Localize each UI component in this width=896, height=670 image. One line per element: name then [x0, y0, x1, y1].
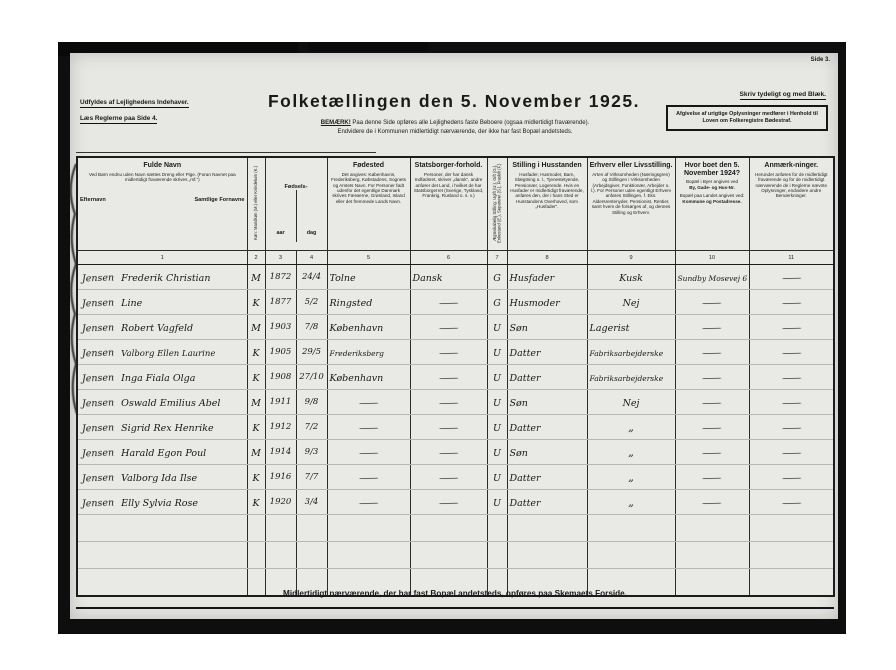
table-row: JensenInga Fiala Olga K 1908 27/10 Køben… [77, 365, 834, 390]
cell-residence1924: — [702, 323, 723, 334]
write-clearly-note: Skriv tydeligt og med Blæk. [740, 91, 826, 100]
cell-remarks: — [781, 373, 802, 384]
cell-sex: K [252, 423, 259, 434]
cell-occupation: Nej [623, 398, 640, 409]
cell-birth-year: 1914 [270, 447, 292, 457]
table-row: JensenRobert Vagfeld M 1903 7/8 Københav… [77, 315, 834, 340]
cell-birth-year: 1920 [270, 497, 292, 507]
column-header-household: Stilling i Husstanden Husfader, Husmoder… [507, 157, 587, 251]
cell-occupation: Fabriksarbejderske [590, 349, 664, 358]
cell-surname: Jensen [82, 472, 115, 484]
cell-marital: U [493, 373, 501, 384]
cell-birth-day: 9/3 [305, 447, 319, 457]
cell-household: Datter [510, 423, 541, 434]
cell-sex: K [252, 498, 259, 509]
cell-sex: K [252, 473, 259, 484]
scan-edge-artifact [308, 42, 428, 51]
cell-birth-year: 1911 [270, 397, 292, 407]
cell-citizenship: — [438, 498, 459, 509]
cell-citizenship: — [438, 448, 459, 459]
rules-reference: Læs Reglerne paa Side 4. [80, 115, 157, 124]
cell-birth-year: 1905 [270, 347, 292, 357]
cell-residence1924: — [702, 398, 723, 409]
table-row: JensenValborg Ellen Laurine K 1905 29/5 … [77, 340, 834, 365]
cell-occupation: Nej [623, 298, 640, 309]
birth-year-label: aar [266, 190, 297, 242]
birth-day-label: dag [297, 190, 327, 242]
cell-marital: U [493, 323, 501, 334]
cell-occupation: „ [628, 496, 634, 509]
cell-sex: K [252, 373, 259, 384]
cell-birth-day: 9/8 [305, 397, 319, 407]
cell-given-names: Frederik Christian [121, 273, 210, 284]
cell-birthplace: — [358, 473, 379, 484]
cell-birthplace: — [358, 448, 379, 459]
cell-household: Søn [510, 323, 528, 334]
cell-surname: Jensen [82, 372, 115, 384]
cell-occupation: Lagerist [590, 323, 630, 334]
cell-surname: Jensen [82, 347, 115, 359]
cell-birthplace: — [358, 498, 379, 509]
cell-marital: G [493, 298, 501, 309]
cell-occupation: Kusk [619, 273, 643, 284]
cell-birthplace: Frederiksberg [330, 349, 384, 358]
address-rule-line [76, 152, 376, 153]
remark-note: BEMÆRK! Paa denne Side opføres alle Lejl… [240, 119, 670, 137]
cell-surname: Jensen [82, 272, 115, 284]
cell-occupation: Fabriksarbejderske [590, 374, 664, 383]
page-number: Side 3. [811, 57, 830, 63]
cell-birthplace: København [330, 373, 384, 384]
cell-marital: U [493, 448, 501, 459]
table-row: JensenSigrid Rex Henrike K 1912 7/2 — — … [77, 415, 834, 440]
cell-residence1924: — [702, 448, 723, 459]
cell-residence1924: — [702, 348, 723, 359]
cell-residence1924: — [702, 298, 723, 309]
cell-occupation: „ [628, 446, 634, 459]
column-header-birth: Fødsels- aar dag [265, 157, 327, 251]
column-header-birthplace: Fødested Det angives: Københavns, Freder… [327, 157, 410, 251]
cell-given-names: Elly Sylvia Rose [121, 498, 198, 509]
column-header-remarks: Anmærk-ninger. Herunder anføres for de m… [749, 157, 834, 251]
empty-row [77, 542, 834, 569]
cell-household: Søn [510, 448, 528, 459]
form-footer-note: Midlertidigt nærværende, der har fast Bo… [76, 589, 834, 609]
cell-marital: G [493, 273, 501, 284]
cell-household: Husmoder [510, 298, 560, 309]
cell-residence1924: — [702, 373, 723, 384]
cell-surname: Jensen [82, 497, 115, 509]
cell-remarks: — [781, 273, 802, 284]
cell-citizenship: Dansk [413, 273, 443, 284]
cell-marital: U [493, 473, 501, 484]
cell-birth-year: 1877 [270, 297, 292, 307]
cell-birth-day: 27/10 [299, 372, 324, 382]
cell-surname: Jensen [82, 422, 115, 434]
cell-occupation: „ [628, 471, 634, 484]
cell-marital: U [493, 423, 501, 434]
column-header-sex: Køn: Mandkøn (M.) eller Kvindekøn (K.) [247, 157, 265, 251]
header-row: Fulde Navn Ved Børn endnu uden Navn sætt… [77, 157, 834, 251]
column-header-residence1924: Hvor boet den 5. November 1924? Bopæl i … [675, 157, 749, 251]
cell-remarks: — [781, 348, 802, 359]
remark-line2: Endvidere de i Kommunen midlertidigt nær… [337, 129, 572, 135]
cell-household: Datter [510, 373, 541, 384]
table-row: JensenElly Sylvia Rose K 1920 3/4 — — U … [77, 490, 834, 515]
cell-birthplace: Tolne [330, 273, 356, 284]
cell-citizenship: — [438, 298, 459, 309]
cell-birth-day: 7/7 [305, 472, 319, 482]
cell-marital: U [493, 348, 501, 359]
cell-sex: K [252, 348, 259, 359]
cell-surname: Jensen [82, 447, 115, 459]
cell-given-names: Robert Vagfeld [121, 323, 193, 334]
cell-birthplace: København [330, 323, 384, 334]
cell-citizenship: — [438, 398, 459, 409]
cell-household: Søn [510, 398, 528, 409]
column-header-occupation: Erhverv eller Livsstilling. Arten af Vir… [587, 157, 675, 251]
cell-household: Datter [510, 473, 541, 484]
cell-marital: U [493, 398, 501, 409]
empty-row [77, 515, 834, 542]
table-row: JensenValborg Ida Ilse K 1916 7/7 — — U … [77, 465, 834, 490]
cell-residence1924: Sundby Mosevej 6 [678, 274, 748, 283]
penalty-warning-box: Afgivelse af urigtige Oplysninger medfør… [666, 105, 828, 131]
column-header-marital: Ægteskabelig Stilling: Ugift (U.), Gift … [487, 157, 507, 251]
cell-birthplace: Ringsted [330, 298, 373, 309]
census-form-paper: Side 3. Udfyldes af Lejlighedens Indehav… [70, 53, 838, 619]
cell-birth-day: 5/2 [305, 297, 319, 307]
cell-remarks: — [781, 498, 802, 509]
cell-remarks: — [781, 398, 802, 409]
firstnames-label: Samtlige Fornavne [194, 197, 244, 203]
cell-citizenship: — [438, 373, 459, 384]
cell-given-names: Valborg Ellen Laurine [121, 349, 215, 359]
remark-line1: Paa denne Side opføres alle Lejlighedens… [352, 120, 589, 126]
cell-given-names: Valborg Ida Ilse [121, 473, 197, 484]
cell-birth-year: 1912 [270, 422, 292, 432]
cell-birth-year: 1872 [270, 272, 292, 282]
cell-birth-year: 1908 [270, 372, 292, 382]
cell-citizenship: — [438, 423, 459, 434]
cell-residence1924: — [702, 423, 723, 434]
cell-given-names: Oswald Emilius Abel [121, 398, 220, 409]
remark-label: BEMÆRK! [321, 120, 351, 126]
surname-label: Efternavn [80, 197, 106, 203]
cell-birth-year: 1903 [270, 322, 292, 332]
cell-household: Datter [510, 498, 541, 509]
cell-surname: Jensen [82, 322, 115, 334]
cell-residence1924: — [702, 473, 723, 484]
cell-marital: U [493, 498, 501, 509]
cell-remarks: — [781, 298, 802, 309]
cell-sex: M [251, 398, 261, 409]
cell-birth-day: 24/4 [302, 272, 321, 282]
cell-birth-day: 29/5 [302, 347, 321, 357]
column-number-row: 1 2 3 4 5 6 7 8 9 10 11 [77, 251, 834, 265]
cell-remarks: — [781, 448, 802, 459]
cell-surname: Jensen [82, 297, 115, 309]
table-row: JensenLine K 1877 5/2 Ringsted — G Husmo… [77, 290, 834, 315]
cell-birth-day: 3/4 [305, 497, 319, 507]
cell-given-names: Line [121, 298, 142, 309]
cell-given-names: Harald Egon Poul [121, 448, 206, 459]
column-header-name: Fulde Navn Ved Børn endnu uden Navn sætt… [77, 157, 247, 251]
cell-citizenship: — [438, 473, 459, 484]
cell-remarks: — [781, 423, 802, 434]
cell-citizenship: — [438, 323, 459, 334]
cell-remarks: — [781, 473, 802, 484]
cell-birth-day: 7/2 [305, 422, 319, 432]
table-row: JensenHarald Egon Poul M 1914 9/3 — — U … [77, 440, 834, 465]
census-table: Fulde Navn Ved Børn endnu uden Navn sætt… [76, 156, 835, 597]
cell-household: Husfader [510, 273, 555, 284]
cell-surname: Jensen [82, 397, 115, 409]
scanned-form: Side 3. Udfyldes af Lejlighedens Indehav… [58, 42, 846, 634]
cell-given-names: Inga Fiala Olga [121, 373, 195, 384]
column-header-citizenship: Statsborger-forhold. Personer, der har d… [410, 157, 487, 251]
cell-sex: M [251, 273, 261, 284]
cell-sex: K [252, 298, 259, 309]
cell-residence1924: — [702, 498, 723, 509]
cell-given-names: Sigrid Rex Henrike [121, 423, 213, 434]
cell-occupation: „ [628, 421, 634, 434]
cell-sex: M [251, 323, 261, 334]
cell-household: Datter [510, 348, 541, 359]
cell-remarks: — [781, 323, 802, 334]
cell-birth-year: 1916 [270, 472, 292, 482]
cell-birth-day: 7/8 [305, 322, 319, 332]
cell-sex: M [251, 448, 261, 459]
cell-citizenship: — [438, 348, 459, 359]
table-row: JensenOswald Emilius Abel M 1911 9/8 — —… [77, 390, 834, 415]
table-row: JensenFrederik Christian M 1872 24/4 Tol… [77, 265, 834, 290]
cell-birthplace: — [358, 423, 379, 434]
cell-birthplace: — [358, 398, 379, 409]
